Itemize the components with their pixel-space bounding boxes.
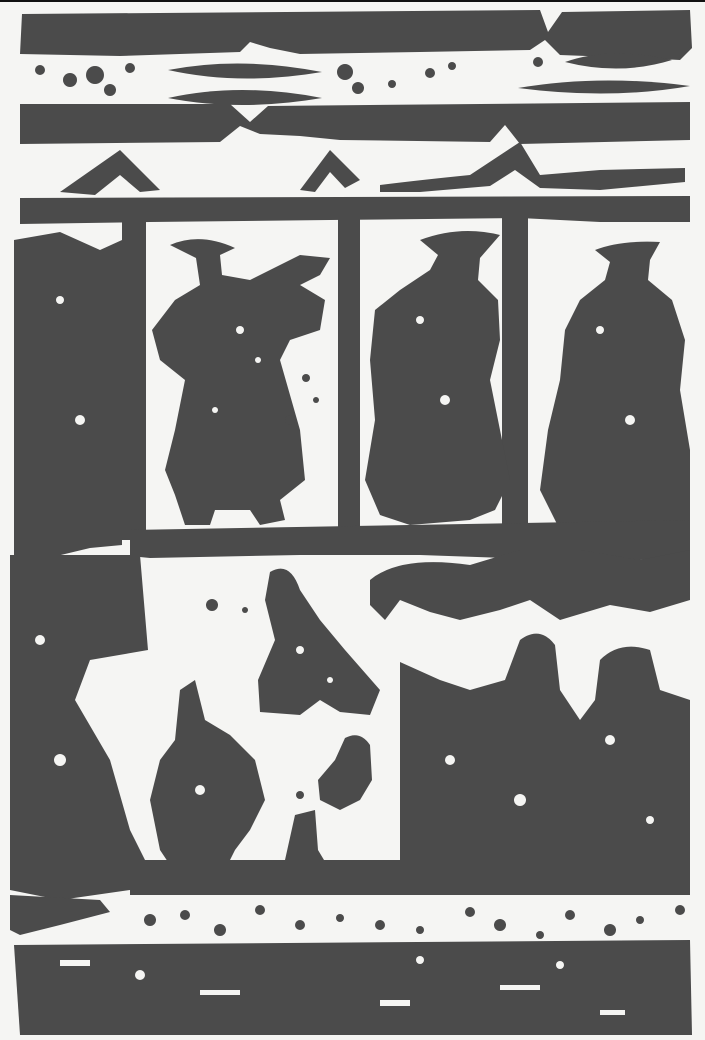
relief-rubbing-image bbox=[0, 0, 705, 1040]
